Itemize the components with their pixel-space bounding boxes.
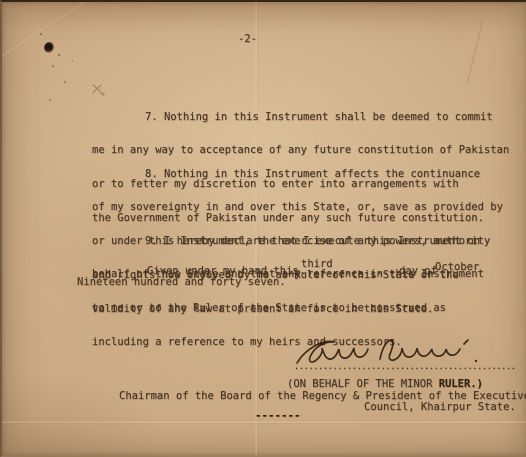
on-behalf-ruler-text: RULER.) — [439, 378, 483, 390]
document-line: 7. Nothing in this Instrument shall be d… — [92, 112, 509, 123]
signature-dotted-line: ........................................… — [294, 362, 516, 372]
ink-speck — [40, 33, 42, 35]
diagonal-corner-crease — [0, 0, 102, 64]
given-clause-dotted-blank: ................. — [288, 265, 395, 277]
on-behalf-text: (ON BEHALF OF THE MINOR — [287, 378, 439, 390]
document-line: 9. I hereby declare that I execute this … — [92, 236, 484, 247]
ink-speck — [49, 99, 51, 101]
end-dashes: ------- — [255, 410, 301, 422]
paper-stain — [2, 372, 162, 456]
ink-speck — [72, 60, 73, 62]
ink-speck — [58, 54, 60, 56]
given-clause-month: October — [435, 261, 479, 273]
paper-stain — [2, 2, 526, 32]
document-line: 8. Nothing in this Instrument affects th… — [92, 169, 503, 180]
page-number: -2- — [238, 33, 257, 45]
given-clause-suffix: day of — [399, 265, 437, 277]
on-behalf-line: (ON BEHALF OF THE MINOR RULER.) — [287, 378, 483, 390]
ink-speck — [52, 65, 54, 67]
given-clause-line2: Nineteen hundred and forty seven. — [77, 276, 286, 288]
ink-speck — [64, 81, 66, 83]
scanned-page: -2- 7. Nothing in this Instrument shall … — [0, 0, 526, 457]
ink-blot — [44, 42, 54, 53]
document-line: to me or to the Ruler of the State is to… — [92, 303, 484, 314]
signatory-title-line2: Council, Khairpur State. — [364, 401, 516, 413]
right-edge-crease — [466, 21, 483, 84]
